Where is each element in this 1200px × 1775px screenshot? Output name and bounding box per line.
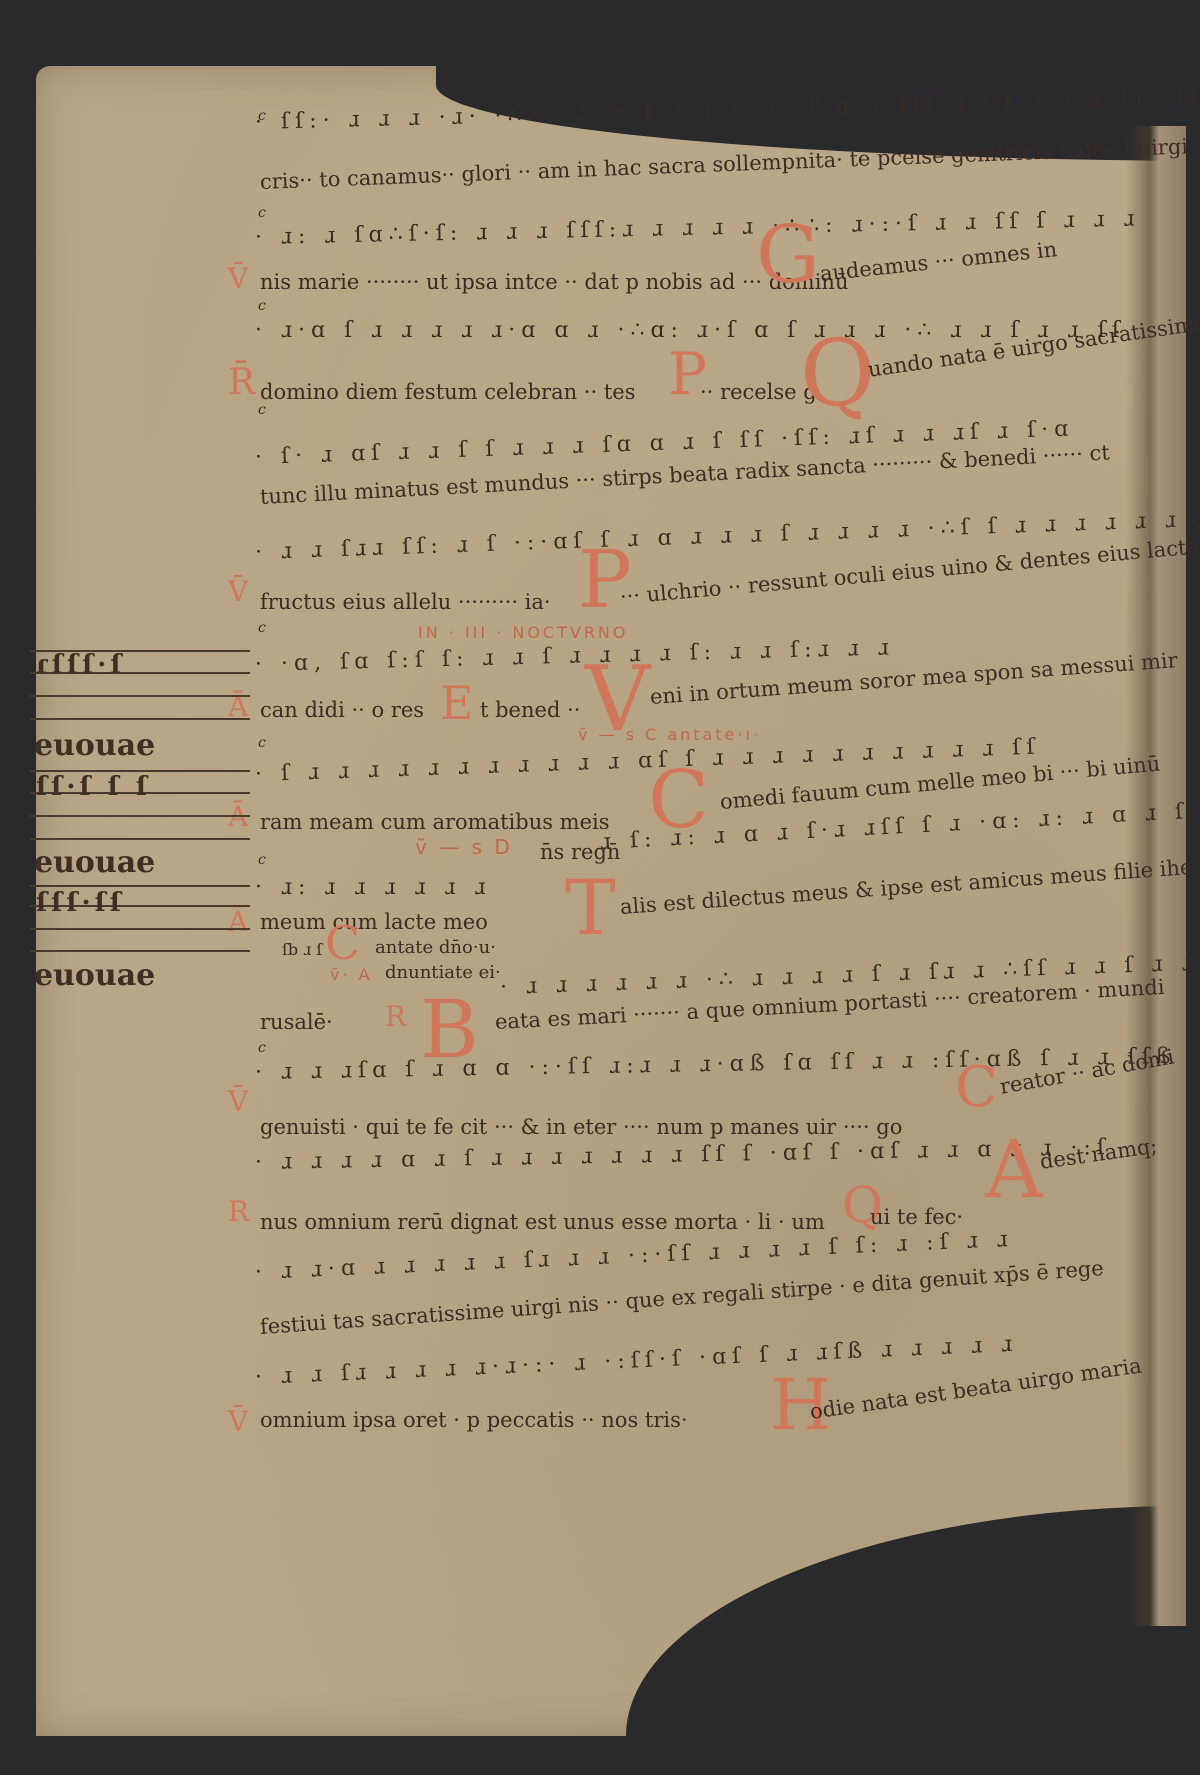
clef-letter: c (258, 735, 266, 751)
text-line: ui te fec· (870, 1205, 963, 1229)
text-line: nus omnium rerū dignat est unus esse mor… (260, 1210, 825, 1234)
margin-versicle-mark: V̄ (228, 1405, 248, 1438)
initial-A: A (985, 1130, 1043, 1210)
square-notes: ɾſſſ·ſ (36, 650, 126, 680)
rubric-psalm-cue: ṽ — s D (415, 835, 513, 859)
text-line: fructus eius allelu ········· ia· (260, 590, 551, 614)
clef-letter: c (258, 402, 266, 418)
text-line: rusalē· (260, 1010, 333, 1034)
margin-responsory-mark: R̄ (228, 362, 255, 403)
margin-versicle-mark: V̄ (228, 262, 248, 295)
text-line: antate dn̄o·u· (375, 937, 496, 958)
clef-letter: c (258, 1040, 266, 1056)
staff-line (30, 928, 250, 930)
euouae-text: euouae (34, 958, 155, 993)
initial-E: E (440, 680, 474, 726)
neume-fragment: ſb ɹ ſ (282, 940, 322, 959)
staff-line (30, 838, 250, 840)
margin-responsory-mark: R (228, 1195, 249, 1228)
initial-G: G (756, 215, 820, 295)
staff-line (30, 815, 250, 817)
rubric-nocturn-heading: IN · III · NOCTVRNO (418, 623, 629, 642)
text-line: can didi ·· o res (260, 698, 424, 722)
text-line: genuisti · qui te fe cit ··· & in eter ·… (260, 1115, 902, 1139)
text-line: t bened ·· (480, 698, 580, 722)
rubric-psalm-cue: ṽ· A (330, 965, 373, 984)
marginal-addition: ɾſſſ·ſ euouae ſſ·ſ ſ ſ euouae ſſſ·ſſ euo… (30, 640, 255, 1000)
margin-versicle-mark: V̄ (228, 1085, 248, 1118)
square-notes: ſſ·ſ ſ ſ (36, 772, 151, 802)
margin-responsory-mark: R (385, 1000, 406, 1033)
euouae-text: euouae (34, 845, 155, 880)
text-line: domino diem festum celebran ·· tes (260, 380, 635, 404)
initial-C: C (955, 1060, 998, 1116)
text-line: omnium ipsa oret · p peccatis ·· nos tri… (260, 1408, 688, 1432)
staff-line (30, 695, 250, 697)
clef-letter: c (258, 205, 266, 221)
staff-line (30, 950, 250, 952)
initial-T: T (565, 870, 616, 946)
staff-line (30, 885, 250, 887)
neume-line: · ɹ: ɹ ɹ ɹ ɹ ɹ ɹ (255, 875, 492, 900)
text-line: meum cum lacte meo (260, 910, 488, 934)
page-curl-bottom (626, 1506, 1186, 1736)
clef-letter: c (258, 298, 266, 314)
euouae-text: euouae (34, 728, 155, 763)
clef-letter: c (258, 852, 266, 868)
initial-Q: Q (800, 328, 875, 420)
rubric-psalm-cue: ṽ — s C antate·ı· (578, 725, 761, 744)
text-line: dnuntiate ei· (385, 962, 501, 983)
clef-letter: c (258, 620, 266, 636)
square-notes: ſſſ·ſſ (36, 888, 125, 918)
margin-versicle-mark: V̄ (228, 575, 248, 608)
staff-line (30, 718, 250, 720)
text-line: ram meam cum aromatibus meis (260, 810, 610, 834)
initial-C: C (325, 920, 360, 966)
